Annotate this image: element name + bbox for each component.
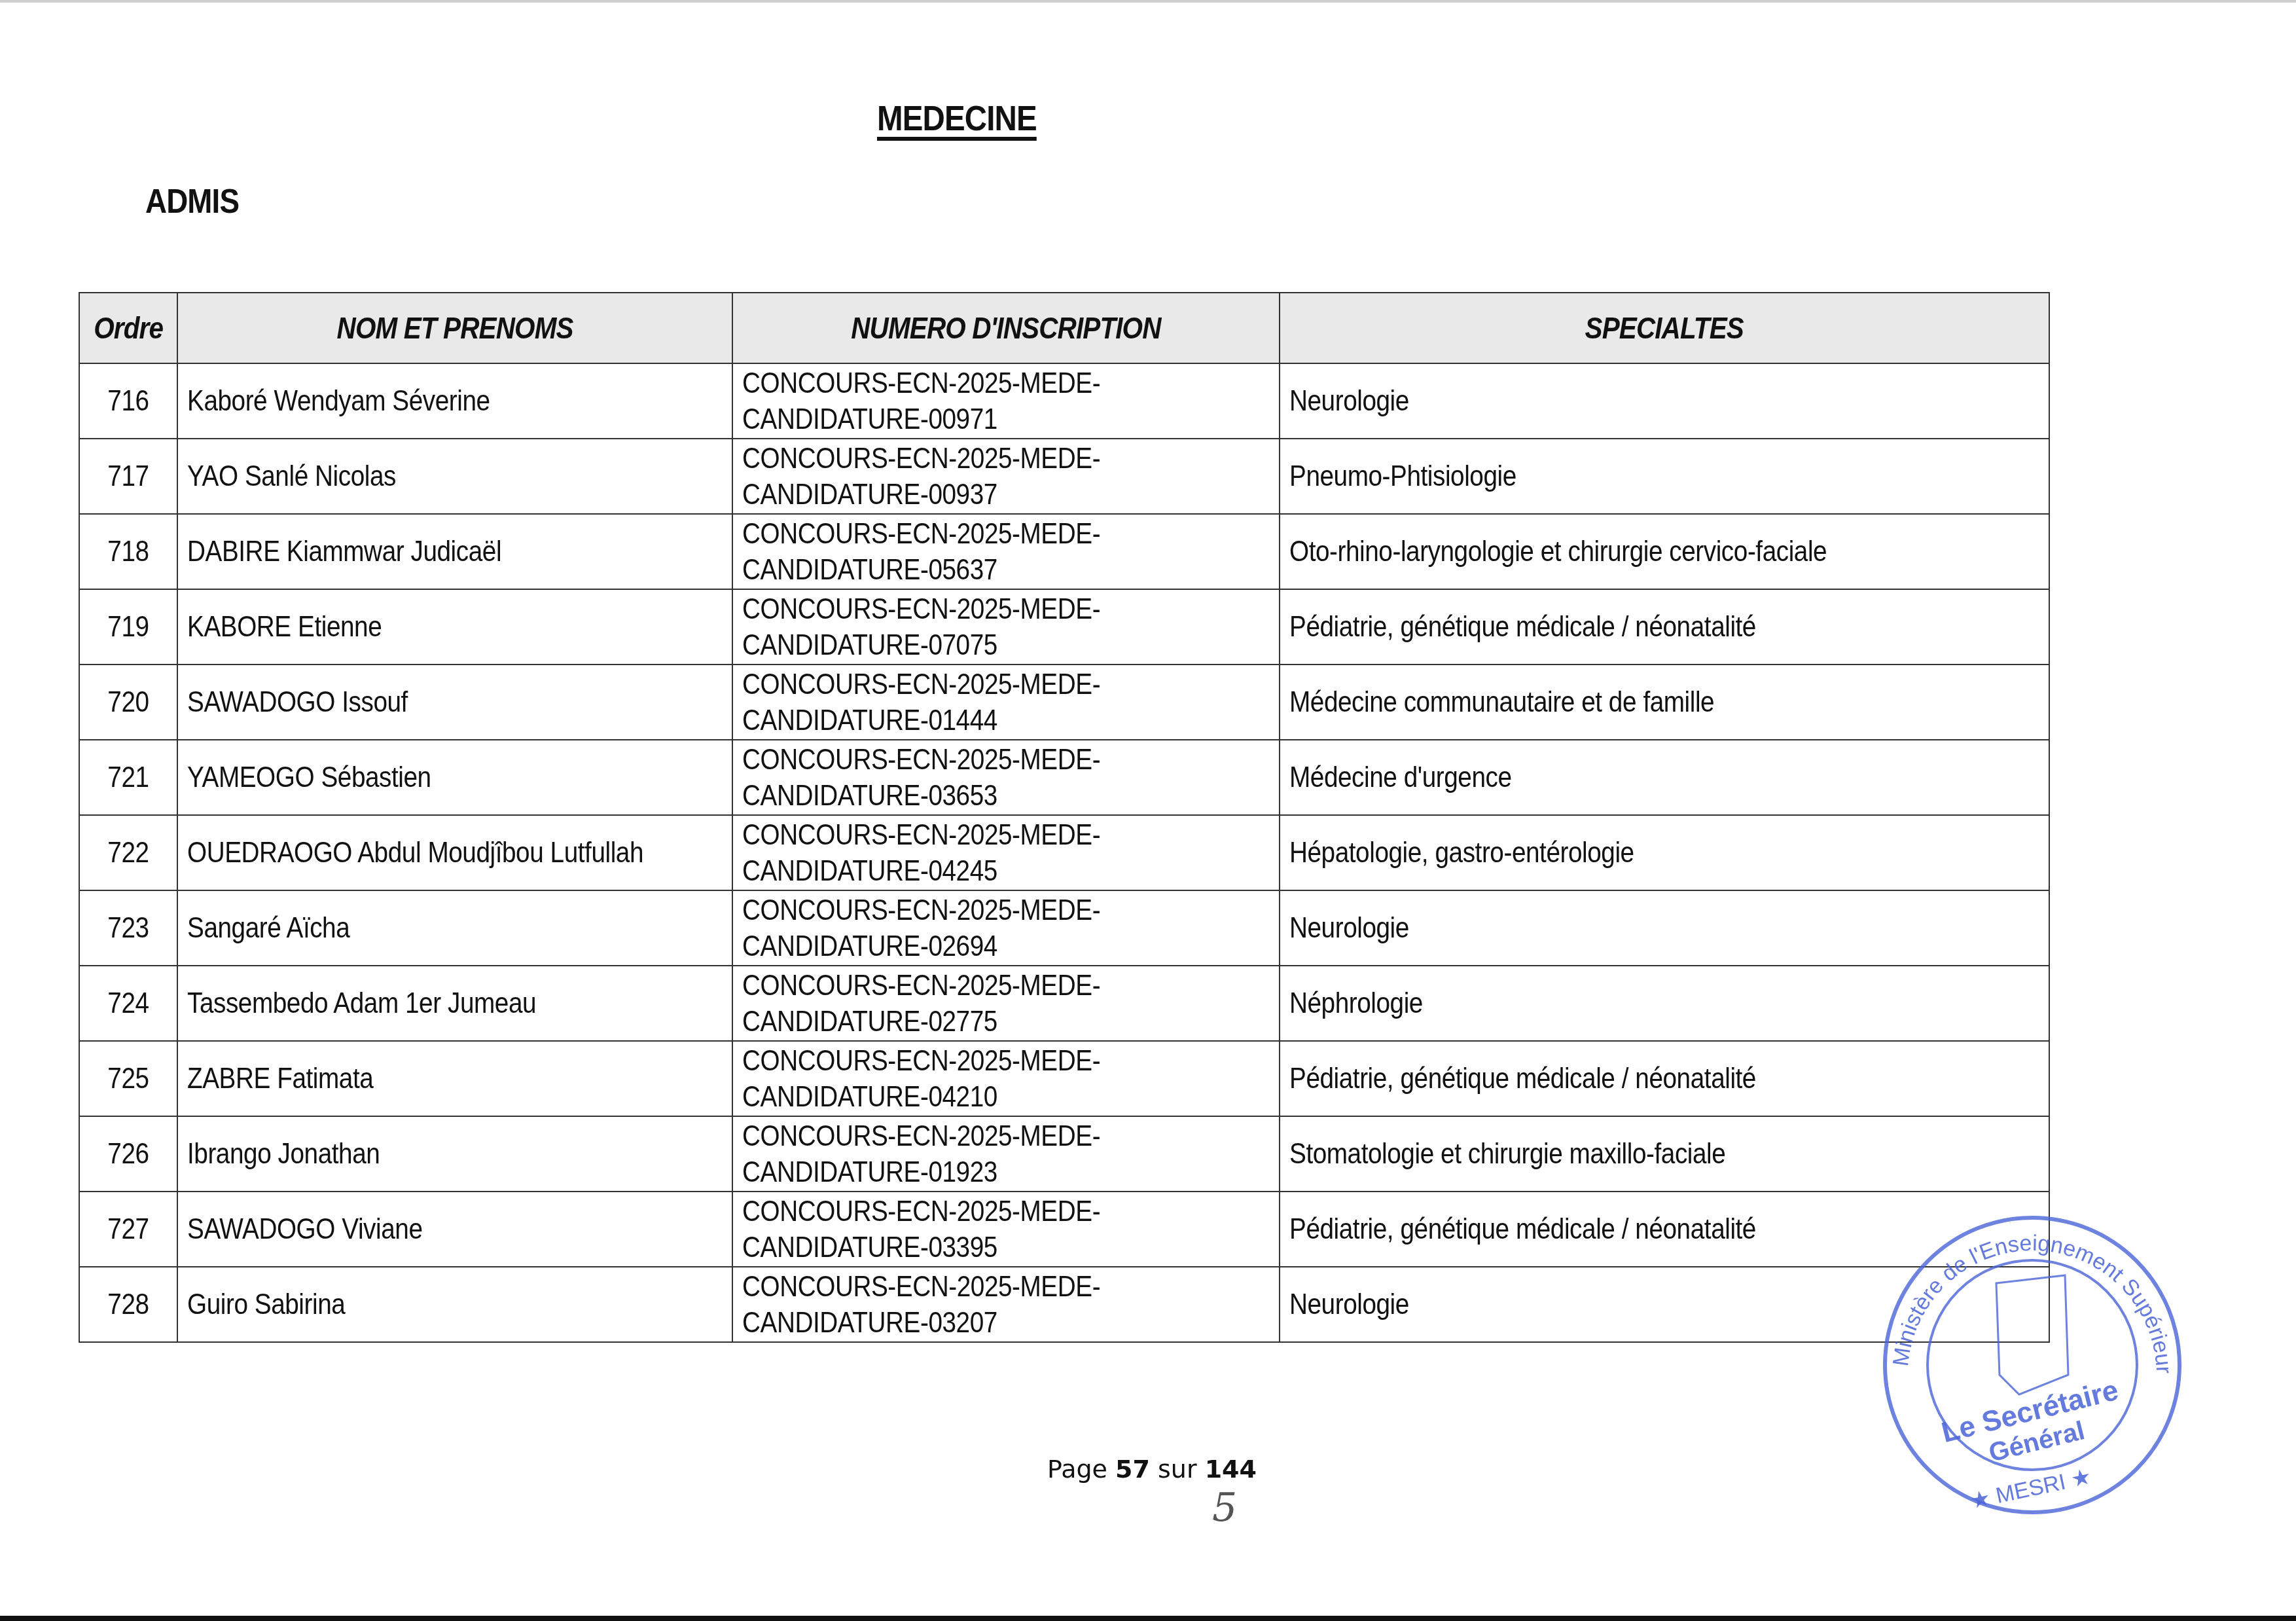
table-row: 716Kaboré Wendyam SéverineCONCOURS-ECN-2… bbox=[79, 363, 2049, 439]
cell-numero: CONCOURS-ECN-2025-MEDE-CANDIDATURE-04245 bbox=[732, 815, 1280, 890]
cell-numero: CONCOURS-ECN-2025-MEDE-CANDIDATURE-00971 bbox=[732, 363, 1280, 439]
cell-numero: CONCOURS-ECN-2025-MEDE-CANDIDATURE-07075 bbox=[732, 589, 1280, 665]
table-row: 725ZABRE FatimataCONCOURS-ECN-2025-MEDE-… bbox=[79, 1041, 2049, 1116]
cell-ordre: 720 bbox=[79, 665, 177, 740]
cell-nom: KABORE Etienne bbox=[177, 589, 732, 665]
cell-specialite: Médecine communautaire et de famille bbox=[1280, 665, 2049, 740]
cell-numero: CONCOURS-ECN-2025-MEDE-CANDIDATURE-05637 bbox=[732, 514, 1280, 589]
cell-ordre: 722 bbox=[79, 815, 177, 890]
cell-specialite: Pédiatrie, génétique médicale / néonatal… bbox=[1280, 589, 2049, 665]
cell-ordre: 723 bbox=[79, 890, 177, 966]
cell-numero: CONCOURS-ECN-2025-MEDE-CANDIDATURE-03653 bbox=[732, 740, 1280, 815]
cell-nom: SAWADOGO Issouf bbox=[177, 665, 732, 740]
table-header-row: Ordre NOM ET PRENOMS NUMERO D'INSCRIPTIO… bbox=[79, 293, 2049, 363]
cell-nom: YAO Sanlé Nicolas bbox=[177, 439, 732, 514]
table-row: 718DABIRE Kiammwar JudicaëlCONCOURS-ECN-… bbox=[79, 514, 2049, 589]
cell-specialite: Médecine d'urgence bbox=[1280, 740, 2049, 815]
table-row: 717YAO Sanlé NicolasCONCOURS-ECN-2025-ME… bbox=[79, 439, 2049, 514]
table-row: 724Tassembedo Adam 1er JumeauCONCOURS-EC… bbox=[79, 966, 2049, 1041]
scan-bottom-edge bbox=[0, 1616, 2296, 1621]
table-row: 721YAMEOGO SébastienCONCOURS-ECN-2025-ME… bbox=[79, 740, 2049, 815]
cell-nom: Kaboré Wendyam Séverine bbox=[177, 363, 732, 439]
cell-specialite: Pneumo-Phtisiologie bbox=[1280, 439, 2049, 514]
cell-numero: CONCOURS-ECN-2025-MEDE-CANDIDATURE-01923 bbox=[732, 1116, 1280, 1192]
cell-nom: Tassembedo Adam 1er Jumeau bbox=[177, 966, 732, 1041]
cell-ordre: 717 bbox=[79, 439, 177, 514]
header-nom: NOM ET PRENOMS bbox=[177, 293, 732, 363]
cell-numero: CONCOURS-ECN-2025-MEDE-CANDIDATURE-01444 bbox=[732, 665, 1280, 740]
cell-ordre: 721 bbox=[79, 740, 177, 815]
cell-specialite: Néphrologie bbox=[1280, 966, 2049, 1041]
stamp-outer-text: Ministère de l'Enseignement Supérieur, d… bbox=[1869, 1205, 2176, 1374]
cell-numero: CONCOURS-ECN-2025-MEDE-CANDIDATURE-00937 bbox=[732, 439, 1280, 514]
cell-specialite: Pédiatrie, génétique médicale / néonatal… bbox=[1280, 1041, 2049, 1116]
cell-ordre: 718 bbox=[79, 514, 177, 589]
table-row: 726Ibrango JonathanCONCOURS-ECN-2025-MED… bbox=[79, 1116, 2049, 1192]
scan-top-edge bbox=[0, 0, 2296, 3]
header-ordre: Ordre bbox=[79, 293, 177, 363]
cell-specialite: Neurologie bbox=[1280, 363, 2049, 439]
table-row: 728Guiro SabirinaCONCOURS-ECN-2025-MEDE-… bbox=[79, 1267, 2049, 1342]
cell-ordre: 719 bbox=[79, 589, 177, 665]
table-row: 727SAWADOGO VivianeCONCOURS-ECN-2025-MED… bbox=[79, 1192, 2049, 1267]
page-number: Page 57 sur 144 bbox=[1047, 1455, 1257, 1484]
cell-ordre: 727 bbox=[79, 1192, 177, 1267]
cell-ordre: 725 bbox=[79, 1041, 177, 1116]
header-specialite: SPECIALTES bbox=[1280, 293, 2049, 363]
cell-ordre: 724 bbox=[79, 966, 177, 1041]
section-title: ADMIS bbox=[145, 182, 239, 221]
cell-specialite: Oto-rhino-laryngologie et chirurgie cerv… bbox=[1280, 514, 2049, 589]
table-row: 719KABORE EtienneCONCOURS-ECN-2025-MEDE-… bbox=[79, 589, 2049, 665]
cell-numero: CONCOURS-ECN-2025-MEDE-CANDIDATURE-02694 bbox=[732, 890, 1280, 966]
cell-ordre: 728 bbox=[79, 1267, 177, 1342]
cell-nom: Ibrango Jonathan bbox=[177, 1116, 732, 1192]
cell-numero: CONCOURS-ECN-2025-MEDE-CANDIDATURE-03207 bbox=[732, 1267, 1280, 1342]
header-numero: NUMERO D'INSCRIPTION bbox=[732, 293, 1280, 363]
handwritten-correction: 5 bbox=[1212, 1485, 1237, 1531]
svg-text:Ministère de l'Enseignement Su: Ministère de l'Enseignement Supérieur, d… bbox=[1869, 1205, 2176, 1374]
cell-nom: ZABRE Fatimata bbox=[177, 1041, 732, 1116]
cell-nom: Guiro Sabirina bbox=[177, 1267, 732, 1342]
cell-ordre: 726 bbox=[79, 1116, 177, 1192]
cell-nom: Sangaré Aïcha bbox=[177, 890, 732, 966]
cell-numero: CONCOURS-ECN-2025-MEDE-CANDIDATURE-03395 bbox=[732, 1192, 1280, 1267]
cell-nom: DABIRE Kiammwar Judicaël bbox=[177, 514, 732, 589]
cell-numero: CONCOURS-ECN-2025-MEDE-CANDIDATURE-02775 bbox=[732, 966, 1280, 1041]
cell-specialite: Neurologie bbox=[1280, 890, 2049, 966]
table-row: 722OUEDRAOGO Abdul Moudjîbou LutfullahCO… bbox=[79, 815, 2049, 890]
table-row: 723Sangaré AïchaCONCOURS-ECN-2025-MEDE-C… bbox=[79, 890, 2049, 966]
cell-specialite: Hépatologie, gastro-entérologie bbox=[1280, 815, 2049, 890]
official-stamp: Ministère de l'Enseignement Supérieur, d… bbox=[1869, 1205, 2196, 1519]
cell-nom: SAWADOGO Viviane bbox=[177, 1192, 732, 1267]
document-title: MEDECINE bbox=[877, 98, 1037, 139]
cell-specialite: Stomatologie et chirurgie maxillo-facial… bbox=[1280, 1116, 2049, 1192]
cell-nom: OUEDRAOGO Abdul Moudjîbou Lutfullah bbox=[177, 815, 732, 890]
admitted-candidates-table: Ordre NOM ET PRENOMS NUMERO D'INSCRIPTIO… bbox=[79, 292, 2050, 1343]
table-row: 720SAWADOGO IssoufCONCOURS-ECN-2025-MEDE… bbox=[79, 665, 2049, 740]
cell-ordre: 716 bbox=[79, 363, 177, 439]
cell-nom: YAMEOGO Sébastien bbox=[177, 740, 732, 815]
cell-numero: CONCOURS-ECN-2025-MEDE-CANDIDATURE-04210 bbox=[732, 1041, 1280, 1116]
